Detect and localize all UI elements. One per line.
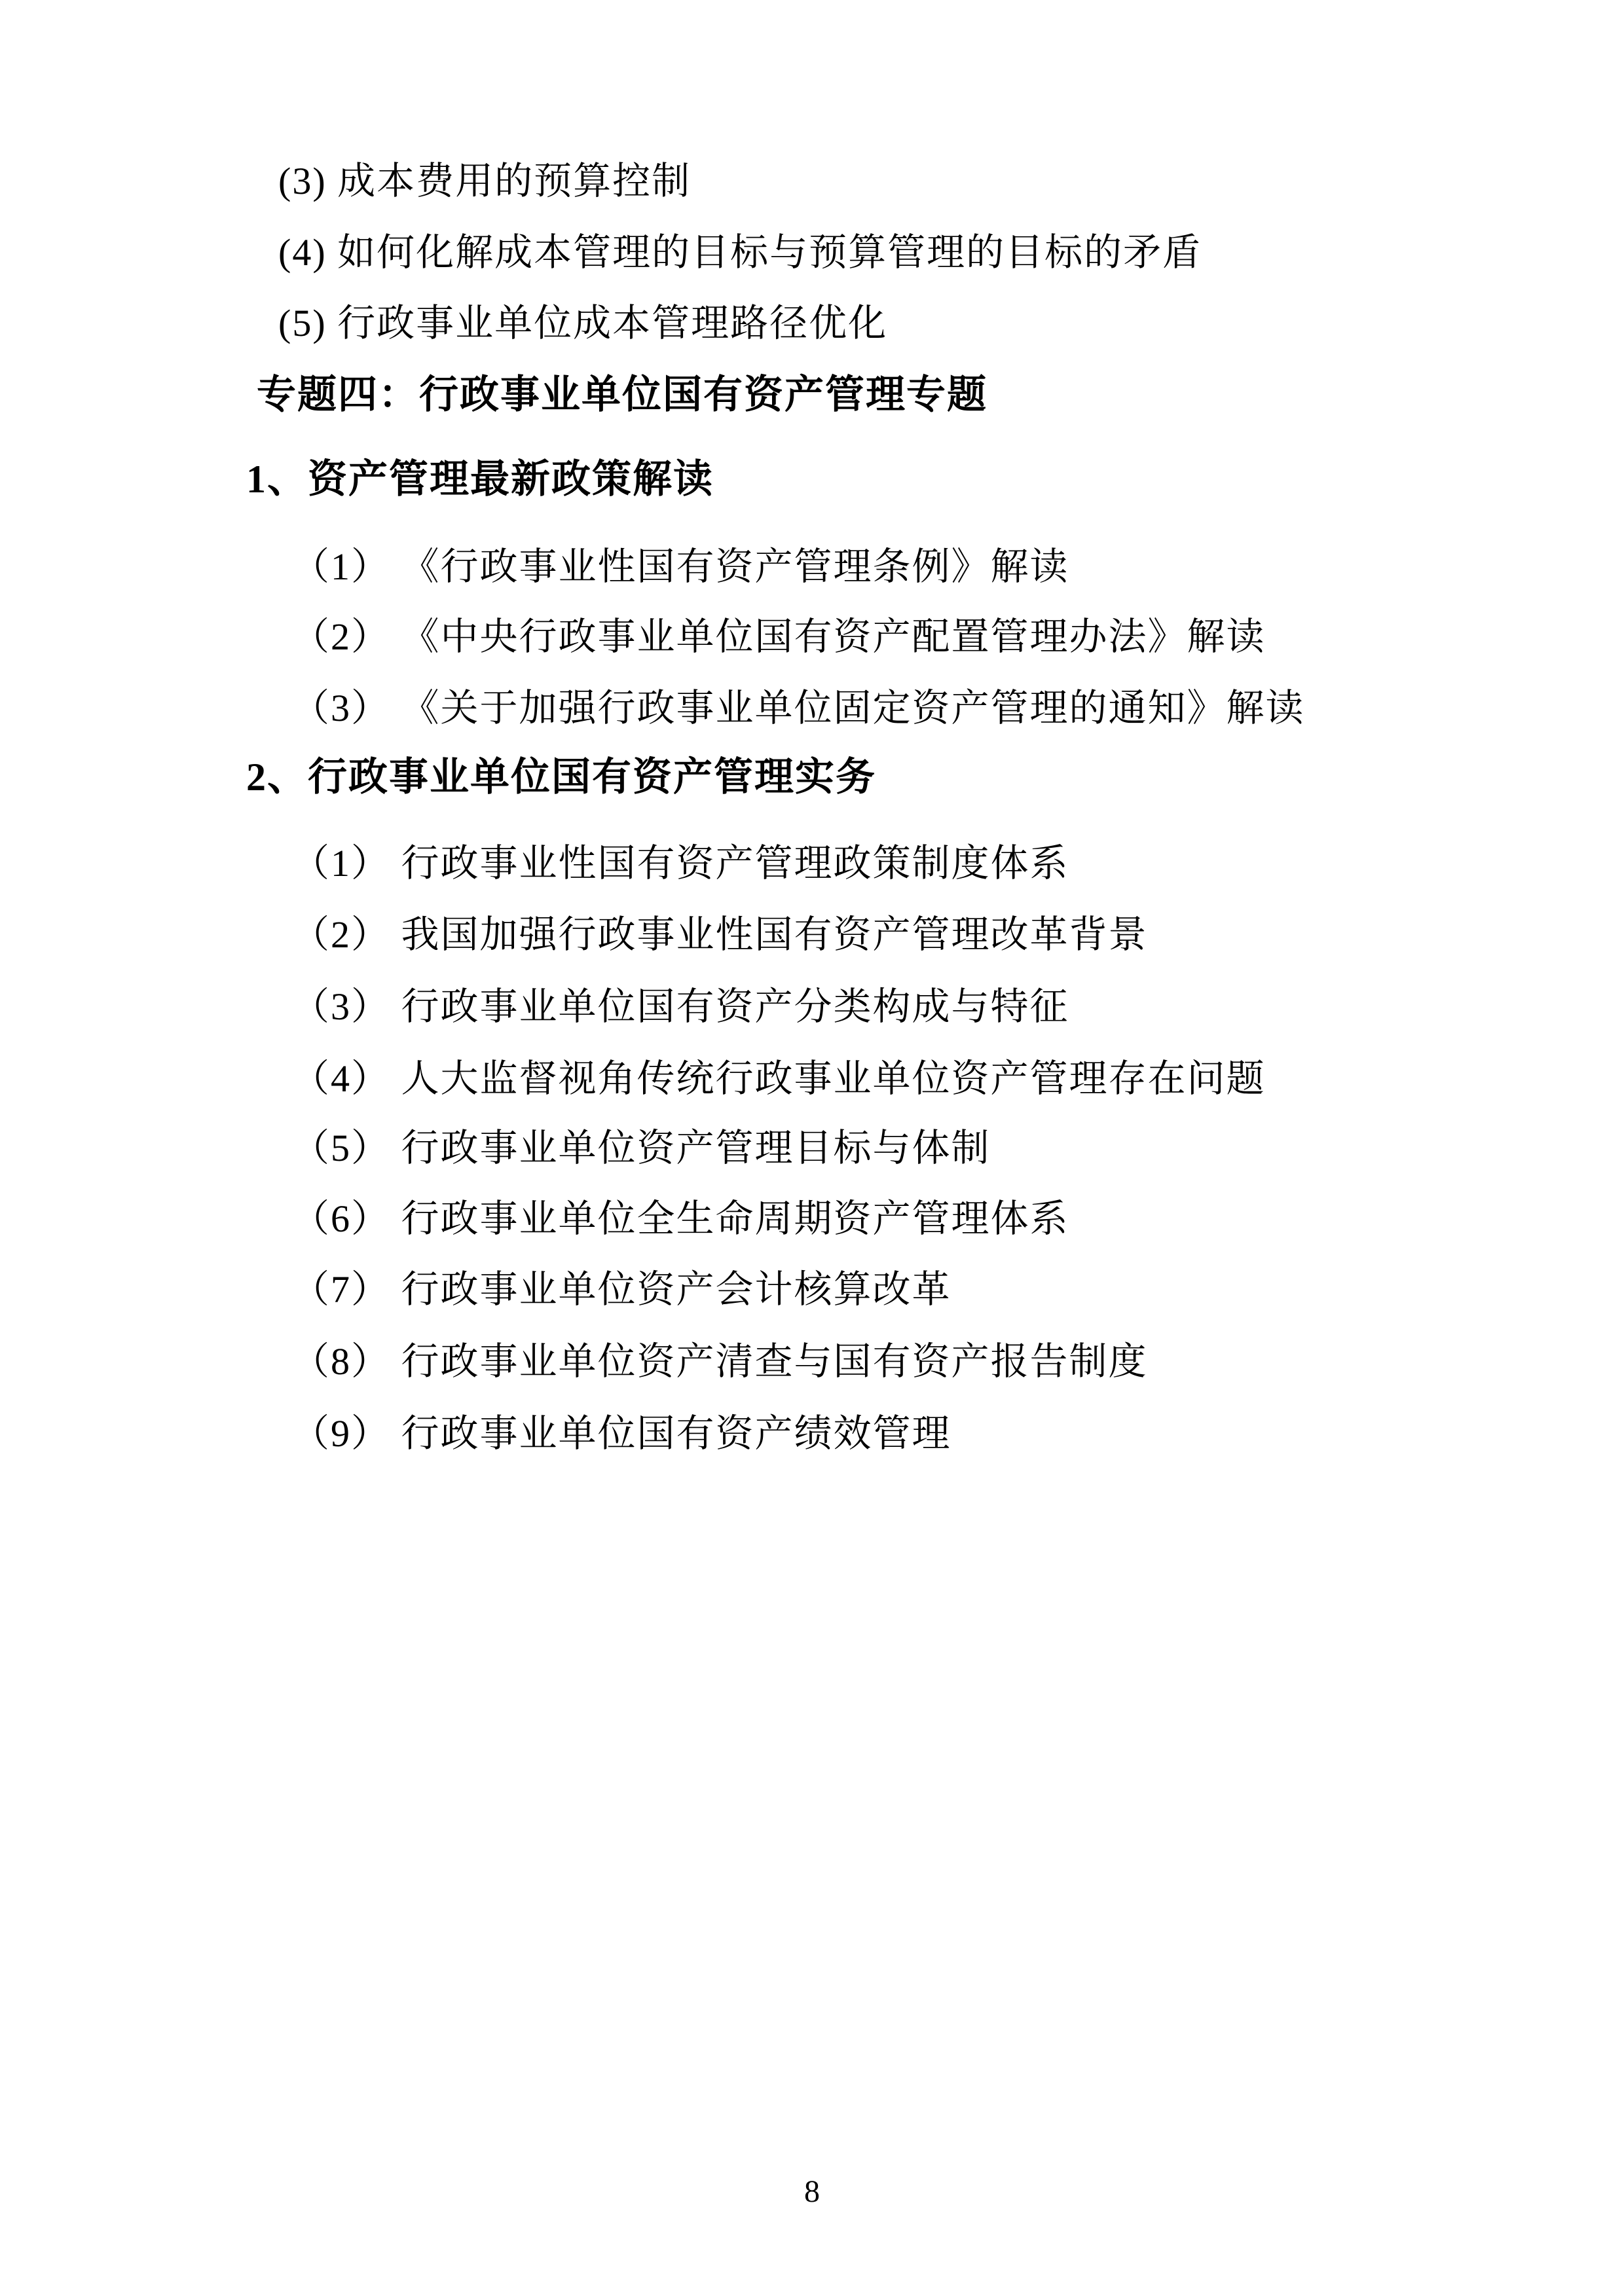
section1-item-2: （2） 《中央行政事业单位国有资产配置管理办法》解读 <box>291 601 1266 673</box>
document-page: (3) 成本费用的预算控制 (4) 如何化解成本管理的目标与预算管理的目标的矛盾… <box>0 0 1624 2296</box>
cost-item-3-budget-control: (3) 成本费用的预算控制 <box>278 145 691 217</box>
section1-item-3: （3） 《关于加强行政事业单位固定资产管理的通知》解读 <box>291 672 1305 744</box>
cost-item-4-goal-conflict: (4) 如何化解成本管理的目标与预算管理的目标的矛盾 <box>278 217 1202 289</box>
section2-item-7: （7） 行政事业单位资产会计核算改革 <box>291 1254 951 1326</box>
cost-item-5-path-optimization: (5) 行政事业单位成本管理路径优化 <box>278 287 887 359</box>
section1-title: 1、资产管理最新政策解读 <box>246 443 714 515</box>
section1-item-1: （1） 《行政事业性国有资产管理条例》解读 <box>291 531 1069 603</box>
section2-item-8: （8） 行政事业单位资产清查与国有资产报告制度 <box>291 1326 1148 1398</box>
section2-item-5: （5） 行政事业单位资产管理目标与体制 <box>291 1112 991 1184</box>
topic4-heading: 专题四：行政事业单位国有资产管理专题 <box>257 359 987 431</box>
section2-item-3: （3） 行政事业单位国有资产分类构成与特征 <box>291 971 1069 1043</box>
section2-item-6: （6） 行政事业单位全生命周期资产管理体系 <box>291 1183 1069 1255</box>
section2-item-1: （1） 行政事业性国有资产管理政策制度体系 <box>291 828 1069 900</box>
section2-item-9: （9） 行政事业单位国有资产绩效管理 <box>291 1398 951 1470</box>
section2-item-2: （2） 我国加强行政事业性国有资产管理改革背景 <box>291 899 1148 971</box>
section2-item-4: （4） 人大监督视角传统行政事业单位资产管理存在问题 <box>291 1043 1266 1115</box>
page-number: 8 <box>0 2156 1624 2228</box>
section2-title: 2、行政事业单位国有资产管理实务 <box>246 741 876 813</box>
